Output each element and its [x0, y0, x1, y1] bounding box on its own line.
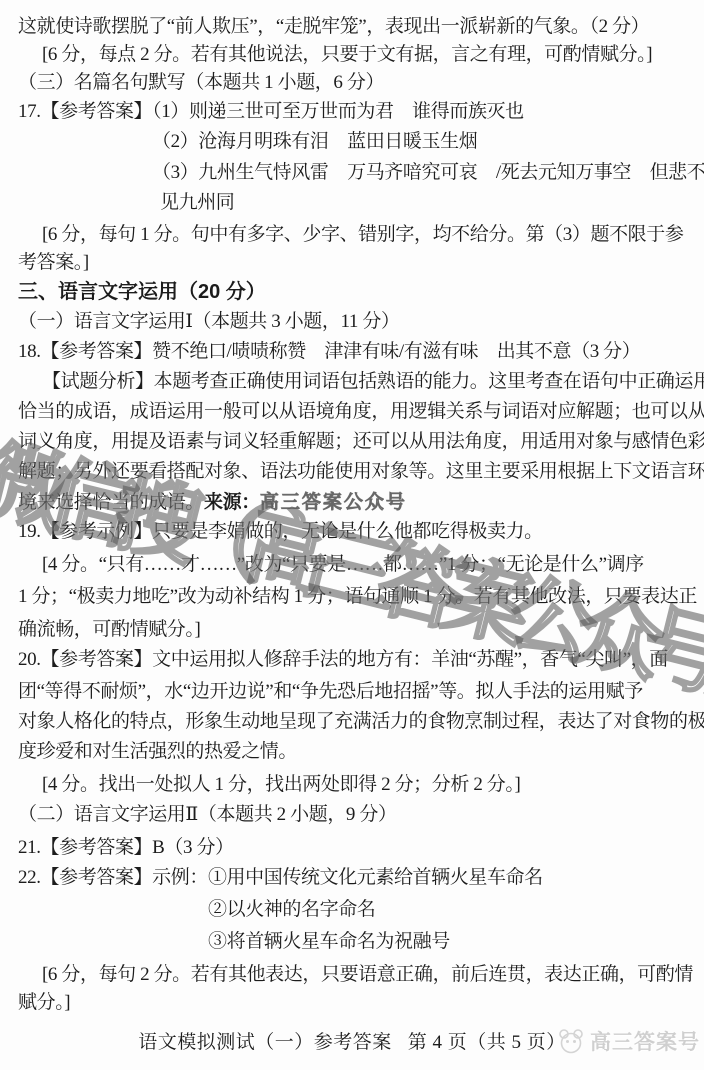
page-number: 第 4 页（共 5 页） [408, 1032, 566, 1053]
subsection-1-heading: （一）语言文字运用Ⅰ（本题共 3 小题，11 分） [18, 307, 696, 337]
q20-answer-cont-2: 对象人格化的特点，形象生动地呈现了充满活力的食物烹制过程，表达了对食物的极 [18, 707, 696, 737]
footer-logo: 高三答案号 [556, 1026, 700, 1056]
section-3-heading: （三）名篇名句默写（本题共 1 小题，6 分） [18, 68, 696, 98]
q18-analysis-cont-3: 解题；另外还要看搭配对象、语法功能使用对象等。这里主要采用根据上下文语言环 [18, 457, 696, 487]
q17-answer-3-cont: 见九州同 [18, 188, 696, 218]
q22-answer-1: 22.【参考答案】示例：①用中国传统文化元素给首辆火星车命名 [18, 863, 696, 893]
analysis-text: 境来选择恰当的成语。 [18, 492, 204, 513]
continued-answer-line: 这就使诗歌摆脱了“前人欺压”，“走脱牢笼”，表现出一派崭新的气象。（2 分） [18, 12, 696, 42]
q20-answer: 20.【参考答案】文中运用拟人修辞手法的地方有：羊油“苏醒”，香气“尖叫”，面 [18, 645, 696, 675]
q17-scoring-note: [6 分，每句 1 分。句中有多字、少字、错别字，均不给分。第（3）题不限于参 [18, 220, 696, 250]
q22-answer-2: ②以火神的名字命名 [18, 895, 696, 925]
q17-answer-2: （2）沧海月明珠有泪 蓝田日暖玉生烟 [18, 127, 696, 157]
q18-analysis-cont-2: 词义角度，用提及语素与词义轻重解题；还可以从用法角度，用适用对象与感情色彩 [18, 427, 696, 457]
source-watermark-text: 高三答案公众号 [260, 491, 407, 513]
q22-scoring-note: [6 分，每句 2 分。若有其他表达，只要语意正确，前后连贯，表达正确，可酌情 [18, 960, 696, 990]
q22-answer-3: ③将首辆火星车命名为祝融号 [18, 927, 696, 957]
q17-answer-3: （3）九州生气恃风雷 万马齐喑究可哀 /死去元知万事空 但悲不 [18, 158, 696, 188]
q19-scoring-note-cont-2: 确流畅，可酌情赋分。] [18, 615, 696, 645]
q22-scoring-note-cont: 赋分。] [18, 988, 696, 1018]
subsection-2-heading: （二）语言文字运用Ⅱ（本题共 2 小题，9 分） [18, 800, 696, 830]
source-label: 来源： [204, 492, 260, 513]
q18-answer: 18.【参考答案】赞不绝口/啧啧称赞 津津有味/有滋有味 出其不意（3 分） [18, 337, 696, 367]
q18-analysis: 【试题分析】本题考查正确使用词语包括熟语的能力。这里考查在语句中正确运用 [18, 367, 696, 397]
footer-logo-text: 高三答案号 [590, 1026, 700, 1056]
q17-answer-1: 17.【参考答案】（1）则递三世可至万世而为君 谁得而族灭也 [18, 97, 696, 127]
q19-scoring-note-cont-1: 1 分；“极卖力地吃”改为动补结构 1 分；语句通顺 1 分。若有其他改法，只要… [18, 582, 696, 612]
q20-answer-cont-3: 度珍爱和对生活强烈的热爱之情。 [18, 737, 696, 767]
answer-sheet-page: 这就使诗歌摆脱了“前人欺压”，“走脱牢笼”，表现出一派崭新的气象。（2 分） [… [0, 0, 704, 1070]
q18-analysis-cont-1: 恰当的成语，成语运用一般可以从语境角度，用逻辑关系与词语对应解题；也可以从 [18, 397, 696, 427]
q19-answer: 19.【参考示例】只要是李娟做的，无论是什么他都吃得极卖力。 [18, 517, 696, 547]
part-3-heading: 三、语言文字运用（20 分） [18, 277, 696, 307]
q20-answer-cont-1: 团“等得不耐烦”，水“边开边说”和“争先恐后地招摇”等。拟人手法的运用赋予 [18, 677, 696, 707]
q20-scoring-note: [4 分。找出一处拟人 1 分，找出两处即得 2 分；分析 2 分。] [18, 770, 696, 800]
q17-scoring-note-cont: 考答案。] [18, 248, 696, 278]
q19-scoring-note: [4 分。“只有……才……”改为“只要是……都……”1 分；“无论是什么”调序 [18, 550, 696, 580]
q21-answer: 21.【参考答案】B（3 分） [18, 833, 696, 863]
q18-analysis-end: 境来选择恰当的成语。来源：高三答案公众号 [18, 487, 696, 517]
footer-title: 语文模拟测试（一）参考答案 [138, 1032, 392, 1053]
scoring-note: [6 分，每点 2 分。若有其他说法，只要于文有据，言之有理，可酌情赋分。] [18, 40, 696, 70]
panda-face-icon [556, 1028, 586, 1054]
